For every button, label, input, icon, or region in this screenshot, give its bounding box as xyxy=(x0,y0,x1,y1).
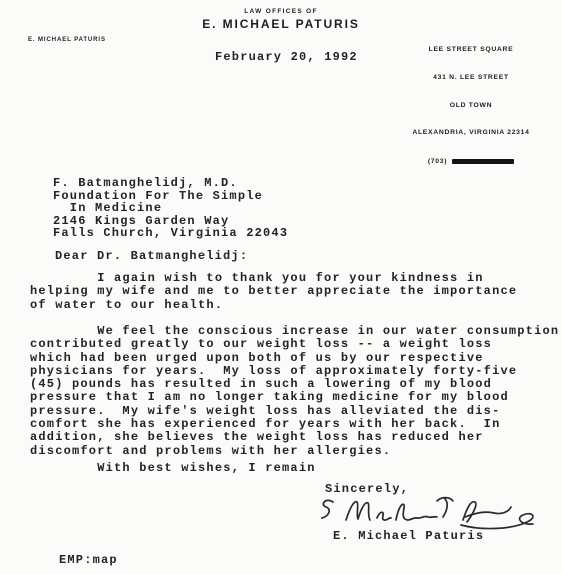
signature-scrawl-icon xyxy=(320,496,550,532)
salutation-line: Dear Dr. Batmanghelidj: xyxy=(55,250,248,263)
letterhead-address-line: 431 N. LEE STREET xyxy=(392,73,550,82)
valediction-line: Sincerely, xyxy=(325,483,409,496)
recipient-address-block: F. Batmanghelidj, M.D. Foundation For Th… xyxy=(53,177,288,240)
letter-page: E. MICHAEL PATURIS LAW OFFICES OF E. MIC… xyxy=(0,0,562,574)
closing-sentence: With best wishes, I remain xyxy=(30,462,316,475)
letterhead-address-block: LEE STREET SQUARE 431 N. LEE STREET OLD … xyxy=(392,27,550,184)
letterhead-address-line: LEE STREET SQUARE xyxy=(392,45,550,54)
redacted-phone-bar xyxy=(452,159,514,164)
body-paragraph-1: I again wish to thank you for your kindn… xyxy=(30,272,517,312)
letterhead-address-line: OLD TOWN xyxy=(392,101,550,110)
letterhead-address-line: ALEXANDRIA, VIRGINIA 22314 xyxy=(392,128,550,137)
handwritten-signature xyxy=(320,496,550,532)
letter-date: February 20, 1992 xyxy=(215,51,358,64)
letterhead-corner-name: E. MICHAEL PATURIS xyxy=(28,37,106,43)
letterhead-phone-line: (703) xyxy=(392,157,550,166)
typed-signature-name: E. Michael Paturis xyxy=(333,530,484,543)
letterhead-office-label: LAW OFFICES OF xyxy=(0,8,562,15)
phone-area-code: (703) xyxy=(428,157,447,166)
body-paragraph-2: We feel the conscious increase in our wa… xyxy=(30,325,559,458)
reference-initials-line: EMP:map xyxy=(59,554,118,567)
